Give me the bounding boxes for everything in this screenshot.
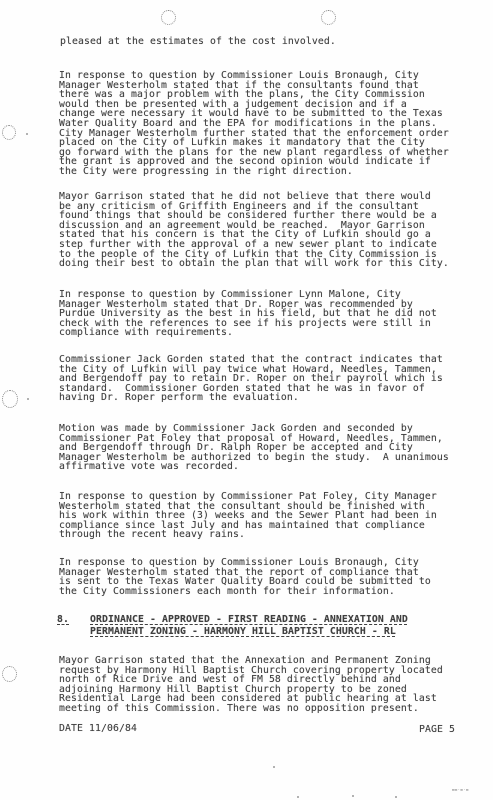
punch-hole-mark bbox=[321, 10, 336, 25]
paragraph: In response to question by Commissioner … bbox=[59, 71, 449, 177]
paragraph: Commissioner Jack Gorden stated that the… bbox=[59, 355, 443, 403]
scan-speckle bbox=[395, 796, 397, 798]
scan-edge-mark: ▬▬·▬·▬ bbox=[452, 788, 469, 792]
scan-speckle bbox=[297, 796, 299, 798]
paragraph: Mayor Garrison stated that the Annexatio… bbox=[59, 656, 443, 714]
paragraph: In response to question by Commissioner … bbox=[59, 290, 437, 338]
agenda-item-number: 8. bbox=[57, 615, 69, 625]
paragraph: In response to question by Commissioner … bbox=[59, 492, 437, 540]
scan-speckle bbox=[26, 133, 28, 135]
punch-hole-mark bbox=[2, 666, 17, 682]
paragraph: pleased at the estimates of the cost inv… bbox=[60, 37, 336, 47]
scan-speckle bbox=[27, 398, 29, 400]
scan-speckle bbox=[352, 795, 354, 797]
footer-date: DATE 11/06/84 bbox=[59, 724, 137, 734]
punch-hole-mark bbox=[2, 390, 18, 408]
punch-hole-mark bbox=[2, 125, 16, 140]
paragraph: In response to question by Commissioner … bbox=[59, 558, 431, 596]
scan-speckle bbox=[273, 766, 275, 768]
punch-hole-mark bbox=[161, 10, 176, 25]
scanned-document-page: pleased at the estimates of the cost inv… bbox=[0, 0, 493, 800]
section-heading: ORDINANCE - APPROVED - FIRST READING - A… bbox=[90, 614, 408, 638]
paragraph: Mayor Garrison stated that he did not be… bbox=[59, 192, 449, 269]
footer-page-number: PAGE 5 bbox=[419, 725, 455, 735]
paragraph: Motion was made by Commissioner Jack Gor… bbox=[59, 424, 449, 472]
